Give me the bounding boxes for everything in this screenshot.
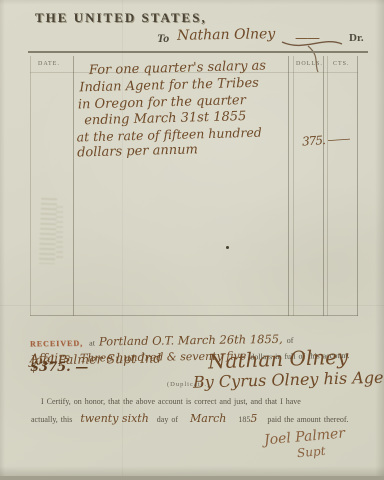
received-label: RECEIVED, (30, 339, 83, 349)
scanned-document: THE UNITED STATES, To Nathan Olney —— Dr… (0, 0, 384, 480)
superintendent-title: Supt (296, 444, 326, 460)
certification-line-1: I Certify, on honor, that the above acco… (41, 397, 301, 406)
cents-column-divider (323, 56, 324, 316)
certification-post: paid the amount thereof. (267, 415, 348, 424)
to-label: To (157, 31, 169, 46)
paper-crease-horizontal (0, 305, 384, 306)
scan-edge-bottom-line (0, 476, 384, 480)
month-written-handwritten: March (190, 412, 226, 425)
payee-name-handwritten: Nathan Olney (177, 26, 275, 44)
agent-signature-line: By Cyrus Olney his Agent (193, 367, 384, 391)
handwritten-entry: For one quarter's salary as Indian Agent… (75, 58, 269, 162)
of-label: of (287, 336, 294, 345)
amount-column-divider-outer (288, 56, 289, 316)
document-title: THE UNITED STATES, (35, 10, 207, 26)
cents-column-header: CTS. (333, 61, 350, 67)
ink-speck (226, 246, 229, 249)
cents-column-divider-inner (327, 56, 328, 316)
year-printed: 185 (238, 415, 250, 424)
certification-line-2: actually, this twenty sixth day of March… (31, 409, 375, 427)
table-left-border (30, 56, 31, 316)
faint-marginal-stamp (39, 198, 57, 265)
table-right-border (357, 56, 358, 316)
amount-figures-handwritten: $375. — (30, 360, 88, 375)
date-column-header: DATE. (38, 61, 60, 67)
scan-edge-left (0, 0, 5, 480)
scan-edge-right (375, 0, 384, 480)
day-written-handwritten: twenty sixth (80, 412, 148, 425)
dollars-column-header: DOLLS. (296, 61, 323, 67)
certification-mid: day of (157, 415, 178, 424)
date-column-divider (73, 56, 74, 316)
faint-marginal-stamp-second-line (56, 206, 63, 258)
year-digit-handwritten: 5 (250, 412, 257, 425)
table-bottom-border (30, 315, 358, 316)
header-rule (28, 51, 368, 53)
scan-edge-top (0, 0, 384, 5)
amount-column-divider-inner (293, 56, 294, 316)
certification-pre: actually, this (31, 415, 72, 424)
paper-crease-vertical (122, 0, 123, 480)
at-label: at (89, 338, 95, 347)
